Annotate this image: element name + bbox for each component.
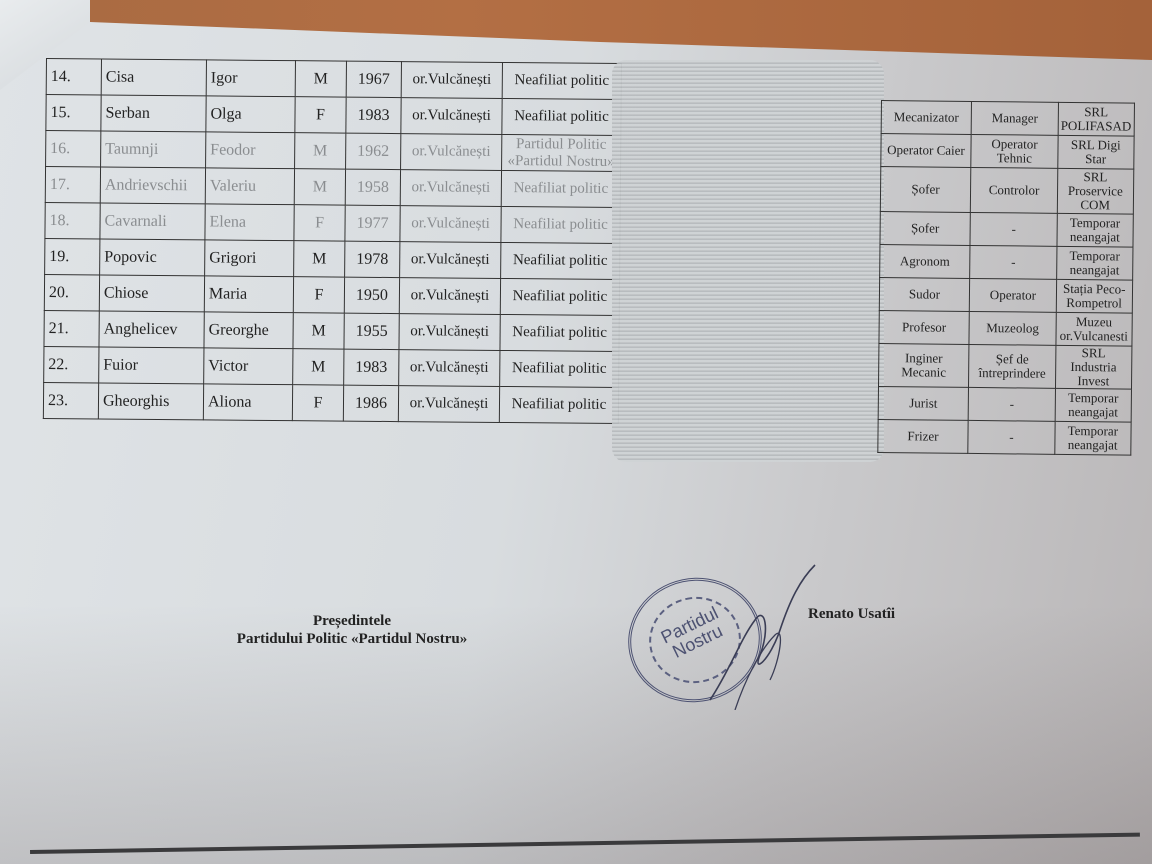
cell-profession: Sudor [879, 277, 969, 311]
cell-num: 23. [43, 382, 98, 418]
cell-locality: or.Vulcănești [399, 278, 500, 315]
table-row: ProfesorMuzeologMuzeu or.Vulcanesti [879, 310, 1132, 346]
cell-position: Controlor [970, 167, 1057, 213]
cell-num: 22. [44, 346, 99, 382]
cell-last: Gheorghis [98, 383, 203, 420]
cell-year: 1983 [344, 349, 399, 385]
cell-first: Greorghe [204, 312, 293, 349]
cell-first: Elena [205, 204, 294, 241]
cell-locality: or.Vulcănești [401, 98, 502, 135]
candidates-table: 14.CisaIgorM1967or.VulcăneștiNeafiliat p… [43, 58, 622, 424]
table-row: 23.GheorghisAlionaF1986or.VulcăneștiNeaf… [43, 382, 618, 423]
table-row: 21.AnghelicevGreorgheM1955or.VulcăneștiN… [44, 310, 619, 351]
signatory-title: Președintele Partidului Politic «Partidu… [222, 612, 482, 648]
cell-num: 14. [46, 59, 101, 95]
cell-first: Feodor [206, 132, 295, 169]
table-row: 22.FuiorVictorM1983or.VulcăneștiNeafilia… [44, 346, 619, 387]
handwritten-signature-icon [700, 560, 820, 710]
cell-last: Cisa [101, 59, 206, 96]
cell-affiliation: Partidul Politic «Partidul Nostru» [502, 134, 621, 171]
cell-sex: F [294, 205, 345, 241]
cell-year: 1958 [345, 169, 400, 205]
cell-employer: Temporar neangajat [1057, 246, 1133, 280]
cell-year: 1967 [346, 61, 401, 97]
cell-locality: or.Vulcănești [399, 314, 500, 351]
employment-table: MecanizatorManagerSRL POLIFASADOperator … [877, 100, 1134, 456]
cell-num: 17. [45, 167, 100, 203]
cell-locality: or.Vulcănești [400, 170, 501, 207]
cell-num: 20. [44, 274, 99, 310]
cell-employer: Temporar neangajat [1055, 421, 1131, 455]
cell-sex: M [293, 313, 344, 349]
cell-num: 19. [45, 238, 100, 274]
signatory-title-line1: Președintele [222, 612, 482, 630]
table-row: Jurist-Temporar neangajat [878, 386, 1131, 422]
cell-affiliation: Neafiliat politic [501, 242, 620, 279]
cell-first: Igor [206, 60, 295, 97]
cell-position: Operator Tehnic [971, 134, 1058, 168]
cell-position: - [968, 420, 1055, 454]
cell-year: 1962 [346, 133, 401, 169]
cell-num: 21. [44, 310, 99, 346]
cell-employer: SRL Industria Invest [1055, 345, 1131, 389]
cell-position: Operator [969, 278, 1056, 312]
cell-last: Andrievschii [100, 167, 205, 204]
cell-affiliation: Neafiliat politic [502, 62, 621, 99]
cell-sex: F [292, 385, 343, 421]
cell-employer: Temporar neangajat [1057, 213, 1133, 247]
cell-profession: Profesor [879, 310, 969, 344]
cell-profession: Operator Caier [881, 134, 971, 168]
cell-employer: Stația Peco-Rompetrol [1056, 279, 1132, 313]
table-row: 16.TaumnjiFeodorM1962or.VulcăneștiPartid… [46, 131, 621, 172]
cell-last: Chiose [99, 275, 204, 312]
cell-sex: M [293, 349, 344, 385]
cell-position: Muzeolog [969, 311, 1056, 345]
table-row: Operator CaierOperator TehnicSRL Digi St… [881, 134, 1134, 170]
cell-profession: Jurist [878, 386, 968, 420]
cell-affiliation: Neafiliat politic [501, 170, 620, 207]
cell-year: 1986 [343, 385, 398, 421]
cell-locality: or.Vulcănești [398, 386, 499, 423]
cell-sex: M [294, 241, 345, 277]
cell-affiliation: Neafiliat politic [500, 278, 619, 315]
cell-sex: F [295, 97, 346, 133]
cell-first: Victor [204, 348, 293, 385]
cell-profession: Agronom [880, 244, 970, 278]
cell-employer: SRL POLIFASAD [1058, 102, 1134, 136]
cell-profession: Frizer [878, 419, 968, 453]
table-row: 18.CavarnaliElenaF1977or.VulcăneștiNeafi… [45, 202, 620, 243]
cell-locality: or.Vulcănești [401, 134, 502, 171]
table-row: 15.SerbanOlgaF1983or.VulcăneștiNeafiliat… [46, 95, 621, 136]
table-row: ȘoferControlorSRL Proservice COM [880, 167, 1133, 215]
cell-last: Taumnji [101, 131, 206, 168]
cell-last: Cavarnali [100, 203, 205, 240]
cell-position: Manager [971, 101, 1058, 135]
cell-affiliation: Neafiliat politic [500, 314, 619, 351]
cell-affiliation: Neafiliat politic [499, 386, 618, 423]
cell-sex: M [294, 169, 345, 205]
cell-num: 18. [45, 202, 100, 238]
cell-year: 1983 [346, 97, 401, 133]
cell-first: Valeriu [205, 168, 294, 205]
cell-employer: Muzeu or.Vulcanesti [1056, 312, 1132, 346]
table-row: MecanizatorManagerSRL POLIFASAD [881, 101, 1134, 137]
cell-first: Maria [204, 276, 293, 313]
cell-affiliation: Neafiliat politic [500, 350, 619, 387]
cell-sex: M [295, 61, 346, 97]
table-row: 20.ChioseMariaF1950or.VulcăneștiNeafilia… [44, 274, 619, 315]
cell-profession: Șofer [880, 211, 970, 245]
table-row: SudorOperatorStația Peco-Rompetrol [879, 277, 1132, 313]
cell-position: - [970, 245, 1057, 279]
table-row: Agronom-Temporar neangajat [880, 244, 1133, 280]
cell-employer: Temporar neangajat [1055, 388, 1131, 422]
signer-name: Renato Usatîi [808, 606, 895, 623]
table-row: Șofer-Temporar neangajat [880, 211, 1133, 247]
cell-first: Aliona [203, 384, 292, 421]
cell-first: Grigori [205, 240, 294, 277]
cell-profession: Mecanizator [881, 101, 971, 135]
redacted-region [612, 60, 884, 462]
cell-locality: or.Vulcănești [399, 350, 500, 387]
cell-last: Popovic [100, 239, 205, 276]
table-row: Frizer-Temporar neangajat [878, 419, 1131, 455]
signatory-title-line2: Partidului Politic «Partidul Nostru» [222, 630, 482, 648]
cell-employer: SRL Proservice COM [1057, 168, 1133, 214]
cell-year: 1978 [345, 241, 400, 277]
cell-year: 1977 [345, 205, 400, 241]
cell-year: 1950 [344, 277, 399, 313]
cell-affiliation: Neafiliat politic [502, 98, 621, 135]
cell-last: Serban [101, 95, 206, 132]
cell-profession: Inginer Mecanic [878, 343, 968, 387]
cell-last: Anghelicev [99, 311, 204, 348]
cell-locality: or.Vulcănești [400, 206, 501, 243]
cell-sex: F [293, 277, 344, 313]
table-row: Inginer MecanicȘef de întreprindereSRL I… [878, 343, 1131, 389]
table-row: 14.CisaIgorM1967or.VulcăneștiNeafiliat p… [46, 59, 621, 100]
cell-locality: or.Vulcănești [401, 62, 502, 99]
cell-last: Fuior [99, 347, 204, 384]
cell-num: 15. [46, 95, 101, 131]
table-row: 17.AndrievschiiValeriuM1958or.Vulcănești… [45, 167, 620, 208]
cell-position: - [970, 212, 1057, 246]
cell-profession: Șofer [880, 167, 970, 213]
cell-locality: or.Vulcănești [400, 242, 501, 279]
cell-first: Olga [206, 96, 295, 133]
cell-year: 1955 [344, 313, 399, 349]
cell-position: - [968, 387, 1055, 421]
cell-affiliation: Neafiliat politic [501, 206, 620, 243]
cell-sex: M [295, 133, 346, 169]
table-row: 19.PopovicGrigoriM1978or.VulcăneștiNeafi… [45, 238, 620, 279]
cell-position: Șef de întreprindere [968, 344, 1055, 388]
cell-num: 16. [46, 131, 101, 167]
cell-employer: SRL Digi Star [1058, 135, 1134, 169]
